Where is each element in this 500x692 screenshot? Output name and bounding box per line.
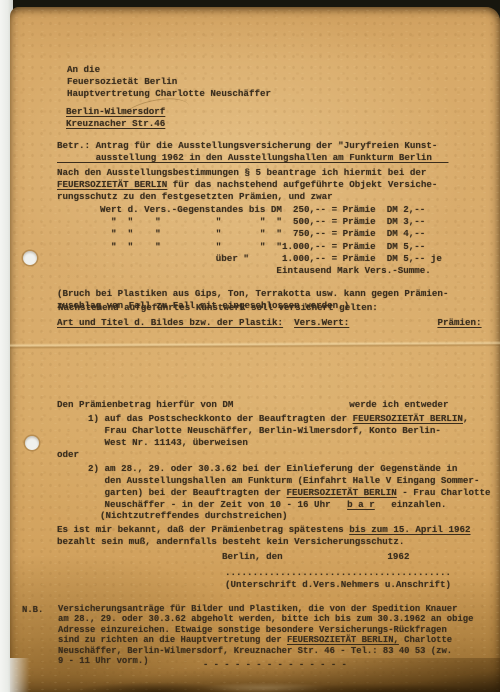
text-segment: Berlin, den 1962 xyxy=(222,551,409,562)
text-segment: Neuschäffer, Berlin-Wilmersdorf, Kreuzna… xyxy=(58,646,452,656)
text-segment: (Unterschrift d.Vers.Nehmers u.Anschrift… xyxy=(225,579,451,590)
text-segment: für das nachstehend aufgeführte Objekt V… xyxy=(167,179,437,190)
text-segment: N.B. xyxy=(22,605,43,615)
text-line: rungsschutz zu den festgesetzten Prämien… xyxy=(57,191,437,203)
text-line: (Unterschrift d.Vers.Nehmers u.Anschrift… xyxy=(225,579,451,591)
text-line: Versicherungsanträge für Bilder und Plas… xyxy=(58,604,473,614)
underlined-text-segment: FEUERSOZIETÄT BERLIN xyxy=(57,179,167,190)
text-segment xyxy=(283,317,294,328)
text-line: Frau Charlotte Neuschäffer, Berlin-Wilme… xyxy=(88,425,468,437)
text-line: bezahlt sein muß, andernfalls besteht ke… xyxy=(57,536,471,548)
text-line: Hauptvertretung Charlotte Neuschäffer xyxy=(67,88,271,100)
text-segment: Eintausend Mark Vers.-Summe. xyxy=(100,265,431,276)
artwork-intro-line: Nachstehend aufgeführtes Kunstwerk soll … xyxy=(58,302,378,314)
text-segment: " " " " " " 500,-- = Prämie DM 3,-- xyxy=(100,216,425,227)
underlined-text-segment: b a r xyxy=(347,499,375,510)
text-line: Betr.: Antrag für die Ausstellungsversic… xyxy=(57,140,448,152)
text-segment: 1) auf das Postscheckkonto der Beauftrag… xyxy=(88,413,353,424)
text-line: Es ist mir bekannt, daß der Prämienbetra… xyxy=(57,524,471,536)
underlined-text-segment: ausstellung 1962 in den Ausstellungshall… xyxy=(57,152,448,163)
subject-block: Betr.: Antrag für die Ausstellungsversic… xyxy=(57,140,448,164)
text-line: " " " " " "1.000,-- = Prämie DM 5,-- xyxy=(100,241,442,253)
underlined-text-segment: Kreuznacher Str.46 xyxy=(66,118,165,129)
underlined-text-segment: Berlin-Wilmersdorf xyxy=(66,106,165,117)
text-segment: oder xyxy=(57,449,79,460)
intro-paragraph: Nach den Ausstellungsbestimmungen § 5 be… xyxy=(57,167,437,203)
text-line: über " 1.000,-- = Prämie DM 5,-- je xyxy=(100,253,442,265)
signature-area: ........................................… xyxy=(225,567,451,590)
underlined-text-segment: FEUERSOZIETÄT BERLIN xyxy=(286,487,396,498)
text-segment: bezahlt sein muß, andernfalls besteht ke… xyxy=(57,536,404,547)
text-segment: West Nr. 11143, überweisen xyxy=(88,437,248,448)
text-line: den Ausstellungshallen am Funkturm (Einf… xyxy=(88,475,491,487)
text-segment: 2) am 28., 29. oder 30.3.62 bei der Einl… xyxy=(88,463,457,474)
text-line: An die xyxy=(67,64,271,76)
text-segment: Adresse einzureichen. Etwaige sonstige b… xyxy=(58,625,447,635)
text-segment: ........................................… xyxy=(225,567,451,578)
separator-dashes: - - - - - - - - - - - - - - xyxy=(203,659,347,671)
text-line: Berlin, den 1962 xyxy=(222,551,409,563)
text-line: West Nr. 11143, überweisen xyxy=(88,437,468,449)
text-segment: (Bruch bei Plastiken aus Gips, Ton, Terr… xyxy=(57,288,448,299)
text-line: Eintausend Mark Vers.-Summe. xyxy=(100,265,442,277)
text-line: - - - - - - - - - - - - - - xyxy=(203,659,347,671)
text-segment: Neuschäffer - in der Zeit von 10 - 16 Uh… xyxy=(88,499,347,510)
text-segment: - - - - - - - - - - - - - - xyxy=(203,660,347,670)
text-segment: Wert d. Vers.-Gegenstandes bis DM 250,--… xyxy=(100,204,425,215)
text-line: Berlin-Wilmersdorf xyxy=(66,106,165,118)
underlined-text-segment: bis zum 15. April 1962 xyxy=(349,524,470,535)
text-line: Nach den Ausstellungsbestimmungen § 5 be… xyxy=(57,167,437,179)
underlined-text-segment: Prämien: xyxy=(437,317,481,328)
strike-note: (Nichtzutreffendes durchstreichen) xyxy=(100,510,287,522)
underlined-text-segment: Art und Titel d. Bildes bzw. der Plastik… xyxy=(57,317,283,328)
text-segment: - Frau Charlotte xyxy=(397,487,491,498)
text-line: ........................................… xyxy=(225,567,451,579)
deadline-note: Es ist mir bekannt, daß der Prämienbetra… xyxy=(57,524,471,547)
underlined-text-segment: Vers.Wert: xyxy=(294,317,349,328)
text-line: 1) auf das Postscheckkonto der Beauftrag… xyxy=(88,413,468,425)
text-line: " " " " " " 750,-- = Prämie DM 4,-- xyxy=(100,228,442,240)
text-line: ausstellung 1962 in den Ausstellungshall… xyxy=(57,152,448,164)
text-segment: " " " " " " 750,-- = Prämie DM 4,-- xyxy=(100,228,425,239)
typewritten-text-layer: An dieFeuersozietät BerlinHauptvertretun… xyxy=(0,0,500,692)
text-segment: Feuersozietät Berlin xyxy=(67,76,177,87)
text-line: Adresse einzureichen. Etwaige sonstige b… xyxy=(58,625,473,635)
premium-amount-line: Den Prämienbetrag hierfür von DM werde i… xyxy=(57,399,448,411)
punch-hole-bottom xyxy=(25,436,39,450)
text-segment: Hauptvertretung Charlotte Neuschäffer xyxy=(67,88,271,99)
text-segment: , xyxy=(463,413,469,424)
text-segment: Nachstehend aufgeführtes Kunstwerk soll … xyxy=(58,302,378,313)
oder-connector: oder xyxy=(57,449,79,461)
text-line: 2) am 28., 29. oder 30.3.62 bei der Einl… xyxy=(88,463,491,475)
punch-hole-top xyxy=(23,251,37,265)
text-segment: über " 1.000,-- = Prämie DM 5,-- je xyxy=(100,253,442,264)
nb-note: Versicherungsanträge für Bilder und Plas… xyxy=(58,604,473,666)
payment-option-1: 1) auf das Postscheckkonto der Beauftrag… xyxy=(88,413,468,449)
text-segment: Betr.: Antrag für die Ausstellungsversic… xyxy=(57,140,437,151)
text-segment: Nach den Ausstellungsbestimmungen § 5 be… xyxy=(57,167,426,178)
text-segment: sind zu richten an die Hauptvertretung d… xyxy=(58,635,287,645)
text-segment: Charlotte xyxy=(399,635,452,645)
text-line: Kreuznacher Str.46 xyxy=(66,118,165,130)
text-segment: Den Prämienbetrag hierfür von DM werde i… xyxy=(57,399,448,410)
address-block: Berlin-WilmersdorfKreuznacher Str.46 xyxy=(66,106,165,130)
text-line: Wert d. Vers.-Gegenstandes bis DM 250,--… xyxy=(100,204,442,216)
text-line: N.B. xyxy=(22,604,43,616)
underlined-text-segment: FEUERSOZIETÄT BERLIN, xyxy=(287,635,399,645)
text-line: Den Prämienbetrag hierfür von DM werde i… xyxy=(57,399,448,411)
recipient-block: An dieFeuersozietät BerlinHauptvertretun… xyxy=(67,64,271,100)
text-line: Art und Titel d. Bildes bzw. der Plastik… xyxy=(57,317,482,329)
payment-option-2: 2) am 28., 29. oder 30.3.62 bei der Einl… xyxy=(88,463,491,511)
text-line: " " " " " " 500,-- = Prämie DM 3,-- xyxy=(100,216,442,228)
premium-table: Wert d. Vers.-Gegenstandes bis DM 250,--… xyxy=(100,204,442,277)
text-line: FEUERSOZIETÄT BERLIN für das nachstehend… xyxy=(57,179,437,191)
scanned-document-page: { "meta": { "kind": "typewritten-letter-… xyxy=(0,0,500,692)
text-line: oder xyxy=(57,449,79,461)
text-segment: den Ausstellungshallen am Funkturm (Einf… xyxy=(88,475,479,486)
date-line: Berlin, den 1962 xyxy=(222,551,409,563)
text-segment: rungsschutz zu den festgesetzten Prämien… xyxy=(57,191,333,202)
text-segment: " " " " " "1.000,-- = Prämie DM 5,-- xyxy=(100,241,425,252)
text-segment: am 28., 29. oder 30.3.62 abgeholt werden… xyxy=(58,614,473,624)
text-line: Nachstehend aufgeführtes Kunstwerk soll … xyxy=(58,302,378,314)
text-segment: garten) bei der Beauftragten der xyxy=(88,487,286,498)
text-segment: (Nichtzutreffendes durchstreichen) xyxy=(100,510,287,521)
text-line: sind zu richten an die Hauptvertretung d… xyxy=(58,635,473,645)
nb-label: N.B. xyxy=(22,604,43,616)
text-segment: 9 - 11 Uhr vorm.) xyxy=(58,656,149,666)
text-segment xyxy=(349,317,437,328)
text-line: (Nichtzutreffendes durchstreichen) xyxy=(100,510,287,522)
underlined-text-segment: FEUERSOZIETÄT BERLIN xyxy=(353,413,463,424)
text-line: garten) bei der Beauftragten der FEUERSO… xyxy=(88,487,491,499)
text-segment: Versicherungsanträge für Bilder und Plas… xyxy=(58,604,457,614)
text-line: (Bruch bei Plastiken aus Gips, Ton, Terr… xyxy=(57,288,448,300)
text-segment: An die xyxy=(67,64,100,75)
text-segment: Frau Charlotte Neuschäffer, Berlin-Wilme… xyxy=(88,425,441,436)
text-line: am 28., 29. oder 30.3.62 abgeholt werden… xyxy=(58,614,473,624)
artwork-table-header: Art und Titel d. Bildes bzw. der Plastik… xyxy=(57,317,482,329)
text-line: Neuschäffer, Berlin-Wilmersdorf, Kreuzna… xyxy=(58,646,473,656)
text-segment: Es ist mir bekannt, daß der Prämienbetra… xyxy=(57,524,349,535)
text-segment: einzahlen. xyxy=(375,499,447,510)
text-line: Feuersozietät Berlin xyxy=(67,76,271,88)
